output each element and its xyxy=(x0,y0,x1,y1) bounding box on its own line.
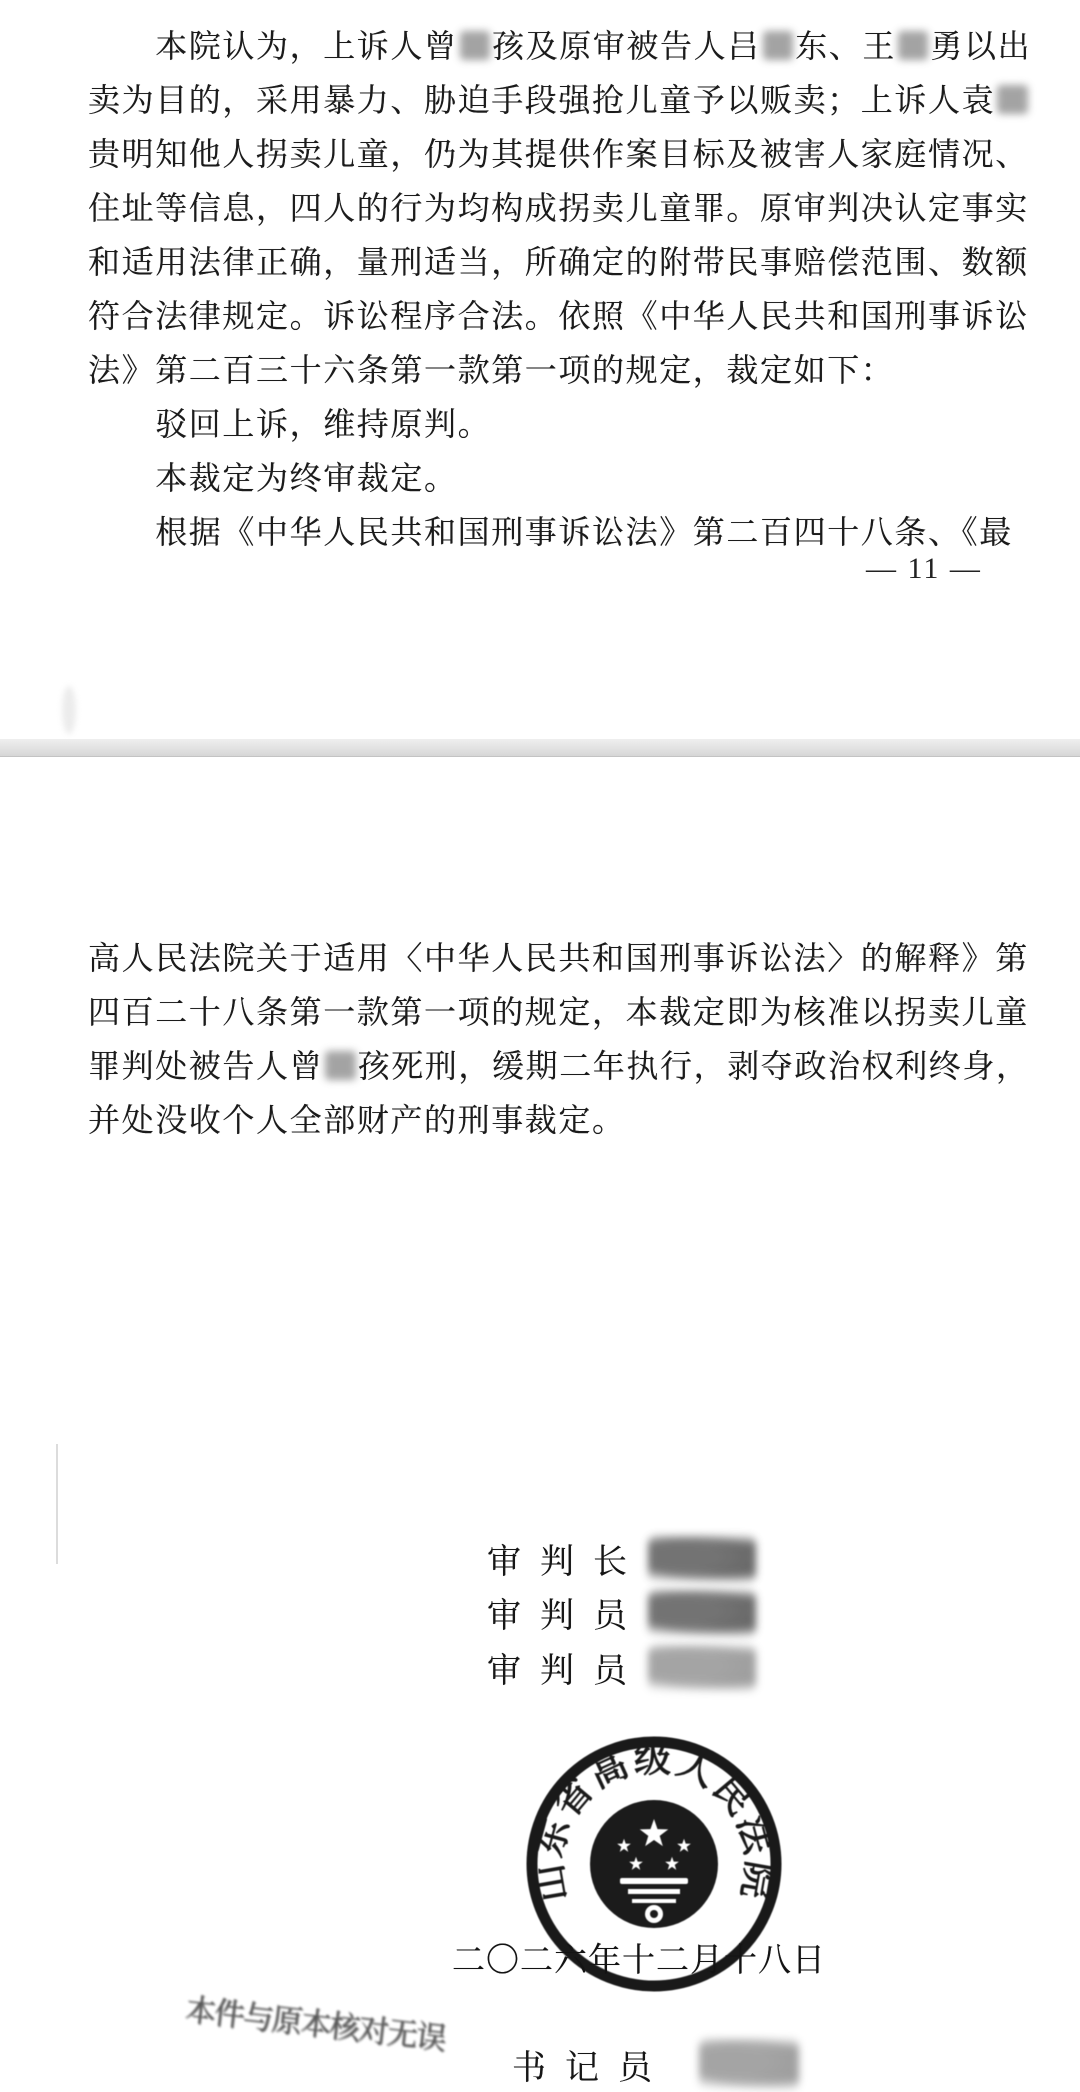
redacted-signature-blur xyxy=(648,1644,756,1692)
text-line: 并处没收个人全部财产的刑事裁定。 xyxy=(88,1093,1018,1147)
text-line: 贵明知他人拐卖儿童，仍为其提供作案目标及被害人家庭情况、 xyxy=(88,127,1018,181)
emblem-gate-roof xyxy=(620,1878,688,1884)
clerk-label: 书记员 xyxy=(512,2040,671,2089)
presiding-judge-label: 审判长 xyxy=(487,1534,646,1583)
signature-row-judge-2: 审判员 xyxy=(487,1643,756,1692)
redaction-blur xyxy=(460,31,490,60)
redaction-blur xyxy=(325,1051,355,1080)
emblem-gate-base xyxy=(632,1899,676,1903)
redacted-signature-blur xyxy=(648,1535,756,1583)
text-line: 本裁定为终审裁定。 xyxy=(88,451,1018,505)
ruling-date: 二〇二六年十二月十八日 xyxy=(452,1934,826,1981)
page1-text-block: 本院认为，上诉人曾孩及原审被告人吕东、王勇以出卖为目的，采用暴力、胁迫手段强抢儿… xyxy=(88,19,1018,559)
clerk-row: 书记员 xyxy=(512,2038,799,2090)
text-line: 本院认为，上诉人曾孩及原审被告人吕东、王勇以出 xyxy=(88,19,1018,73)
text-line: 卖为目的，采用暴力、胁迫手段强抢儿童予以贩卖；上诉人袁 xyxy=(88,73,1018,127)
signature-row-judge-1: 审判员 xyxy=(487,1588,756,1637)
judge-label: 审判员 xyxy=(487,1588,646,1637)
national-emblem xyxy=(590,1800,718,1928)
emblem-gate-tier xyxy=(628,1889,680,1894)
page-number: — 11 — xyxy=(866,552,982,586)
signature-row-presiding-judge: 审判长 xyxy=(487,1534,756,1583)
scanned-court-document: 本院认为，上诉人曾孩及原审被告人吕东、王勇以出卖为目的，采用暴力、胁迫手段强抢儿… xyxy=(0,0,1080,2092)
page2-text-block: 高人民法院关于适用〈中华人民共和国刑事诉讼法〉的解释》第四百二十八条第一款第一项… xyxy=(88,931,1018,1147)
text-line: 和适用法律正确，量刑适当，所确定的附带民事赔偿范围、数额 xyxy=(88,235,1018,289)
text-line: 住址等信息，四人的行为均构成拐卖儿童罪。原审判决认定事实 xyxy=(88,181,1018,235)
redacted-signature-blur xyxy=(648,1589,756,1637)
scan-smudge xyxy=(62,686,76,734)
scan-edge-artifact xyxy=(56,1444,58,1564)
text-line: 根据《中华人民共和国刑事诉讼法》第二百四十八条、《最 xyxy=(88,505,1018,559)
redaction-blur xyxy=(763,31,793,60)
redaction-blur xyxy=(997,85,1027,114)
text-line: 法》第二百三十六条第一款第一项的规定，裁定如下： xyxy=(88,343,1018,397)
judge-label: 审判员 xyxy=(487,1643,646,1692)
verification-stamp: 本件与原本核对无误 xyxy=(183,1984,447,2058)
text-line: 四百二十八条第一款第一项的规定，本裁定即为核准以拐卖儿童 xyxy=(88,985,1018,1039)
text-line: 罪判处被告人曾孩死刑，缓期二年执行，剥夺政治权利终身， xyxy=(88,1039,1018,1093)
redaction-blur xyxy=(898,31,928,60)
text-line: 高人民法院关于适用〈中华人民共和国刑事诉讼法〉的解释》第 xyxy=(88,931,1018,985)
text-line: 符合法律规定。诉讼程序合法。依照《中华人民共和国刑事诉讼 xyxy=(88,289,1018,343)
redacted-clerk-name-blur xyxy=(699,2038,799,2090)
text-line: 驳回上诉，维持原判。 xyxy=(88,397,1018,451)
page-seam-divider xyxy=(0,739,1080,757)
